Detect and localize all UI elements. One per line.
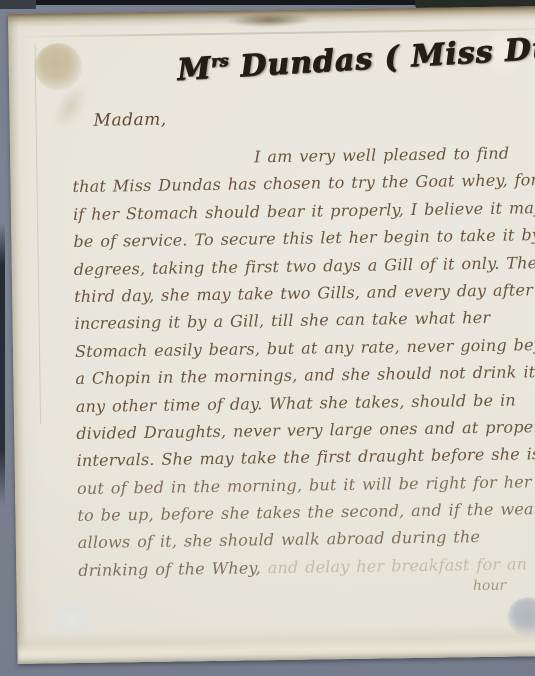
manuscript-photo: Mrs Dundas ( Miss Dundas. Madam, I am ve… (0, 0, 535, 676)
paper-left-edge-shading (8, 14, 29, 664)
photo-edge-top-left (0, 0, 36, 9)
letter-body: I am very well pleased to find that Miss… (72, 139, 535, 584)
ink-stain (226, 12, 312, 27)
page-bottom-fore-edge (17, 624, 535, 664)
docket-inscription: Mrs Dundas ( Miss Dundas. (176, 28, 535, 86)
last-line-faded: and delay her breakfast for an (268, 554, 528, 577)
docket-superscript: rs (210, 51, 229, 71)
paper-fold-line (34, 44, 41, 424)
docket-rest: Dundas ( Miss Dundas. (228, 25, 535, 85)
binding-gutter-shadow (0, 222, 5, 507)
docket-prefix: M (176, 51, 212, 88)
catchword: hour (444, 577, 534, 594)
last-line-visible: drinking of the Whey, (78, 558, 268, 580)
salutation: Madam, (93, 110, 166, 131)
letter-page: Mrs Dundas ( Miss Dundas. Madam, I am ve… (8, 6, 535, 664)
